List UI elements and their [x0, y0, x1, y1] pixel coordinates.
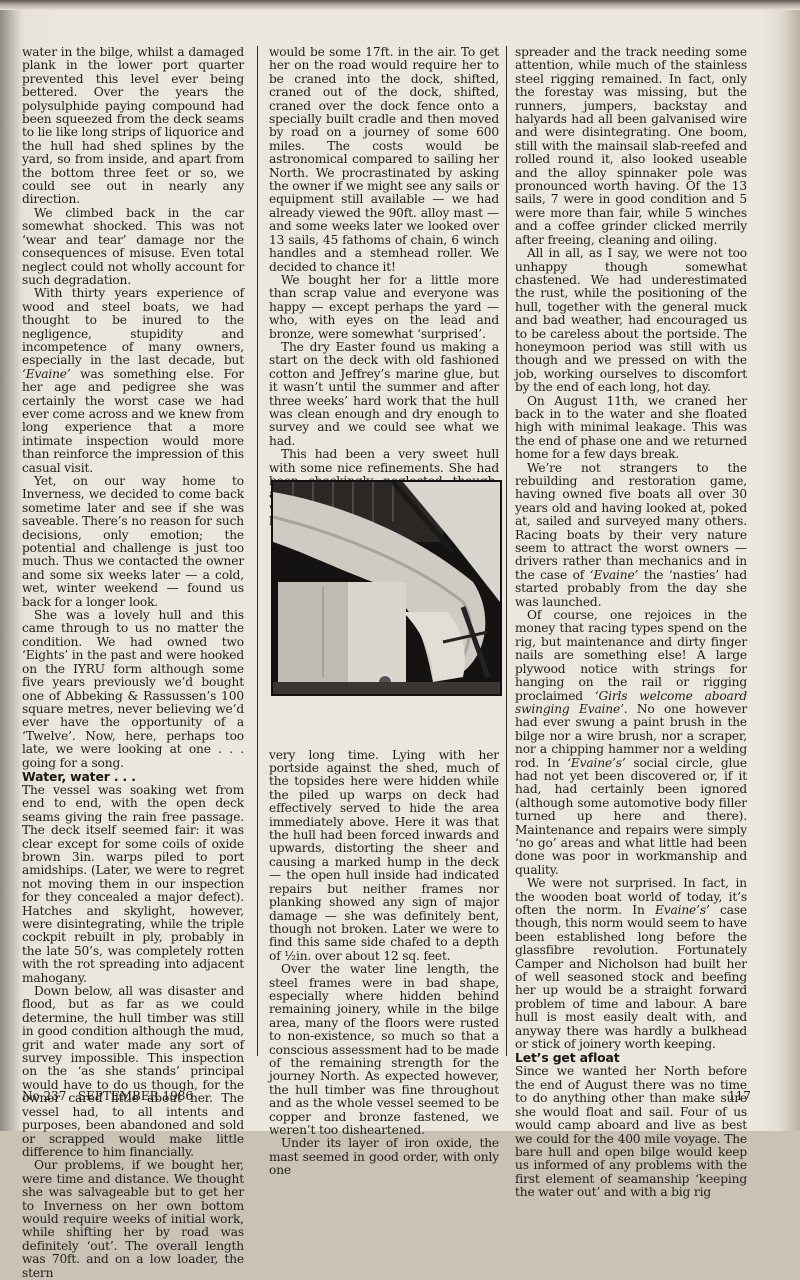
paragraph: We’re not strangers to the rebuilding an… — [515, 462, 747, 609]
paragraph: Over the water line length, the steel fr… — [269, 963, 499, 1131]
paragraph: water in the bilge, whilst a damaged pla… — [22, 46, 244, 207]
boat-name: ‘Evaine’ — [22, 367, 71, 381]
magazine-page: water in the bilge, whilst a damaged pla… — [0, 0, 800, 1131]
page-number: 117 — [728, 1089, 751, 1103]
paragraph: All in all, as I say, we were not too un… — [515, 247, 747, 394]
paragraph: Down below, all was disaster and flood, … — [22, 985, 244, 1131]
paragraph: would be some 17ft. in the air. To get h… — [269, 46, 499, 274]
paragraph: The vessel was soaking wet from end to e… — [22, 784, 244, 985]
paragraph: With thirty years experience of wood and… — [22, 287, 244, 475]
paragraph: She was a lovely hull and this came thro… — [22, 609, 244, 770]
section-heading: Water, water . . . — [22, 770, 244, 784]
paragraph: On August 11th, we craned her back in to… — [515, 395, 747, 462]
column-3: spreader and the track needing some atte… — [515, 46, 747, 1131]
paragraph: Yet, on our way home to Inverness, we de… — [22, 475, 244, 609]
hull-photo — [271, 480, 502, 696]
issue-number: No 237 — [22, 1089, 66, 1103]
column-divider — [257, 46, 258, 1056]
column-divider — [506, 46, 507, 1056]
paragraph: The dry Easter found us making a start o… — [269, 341, 499, 448]
boat-name: Evaine’s’ — [655, 903, 710, 917]
boat-hull-image — [273, 482, 500, 694]
section-heading: Let’s get afloat — [515, 1051, 747, 1065]
paragraph: Since we wanted her North before the end… — [515, 1065, 747, 1131]
column-1: water in the bilge, whilst a damaged pla… — [22, 46, 244, 1131]
paragraph: spreader and the track needing some atte… — [515, 46, 747, 247]
issue-date: SEPTEMBER 1986 — [78, 1089, 193, 1103]
paragraph: Of course, one rejoices in the money tha… — [515, 609, 747, 877]
page-top-shadow — [0, 0, 800, 10]
paragraph: very long time. Lying with her portside … — [269, 749, 499, 964]
boat-name: ‘Evaine’s’ — [567, 756, 625, 770]
boat-name: ‘Evaine’ — [590, 568, 639, 582]
paragraph: We were not surprised. In fact, in the w… — [515, 877, 747, 1051]
paragraph: We climbed back in the car somewhat shoc… — [22, 207, 244, 287]
paragraph: We bought her for a little more than scr… — [269, 274, 499, 341]
issue-footer: No 237 SEPTEMBER 1986 — [22, 1089, 193, 1103]
